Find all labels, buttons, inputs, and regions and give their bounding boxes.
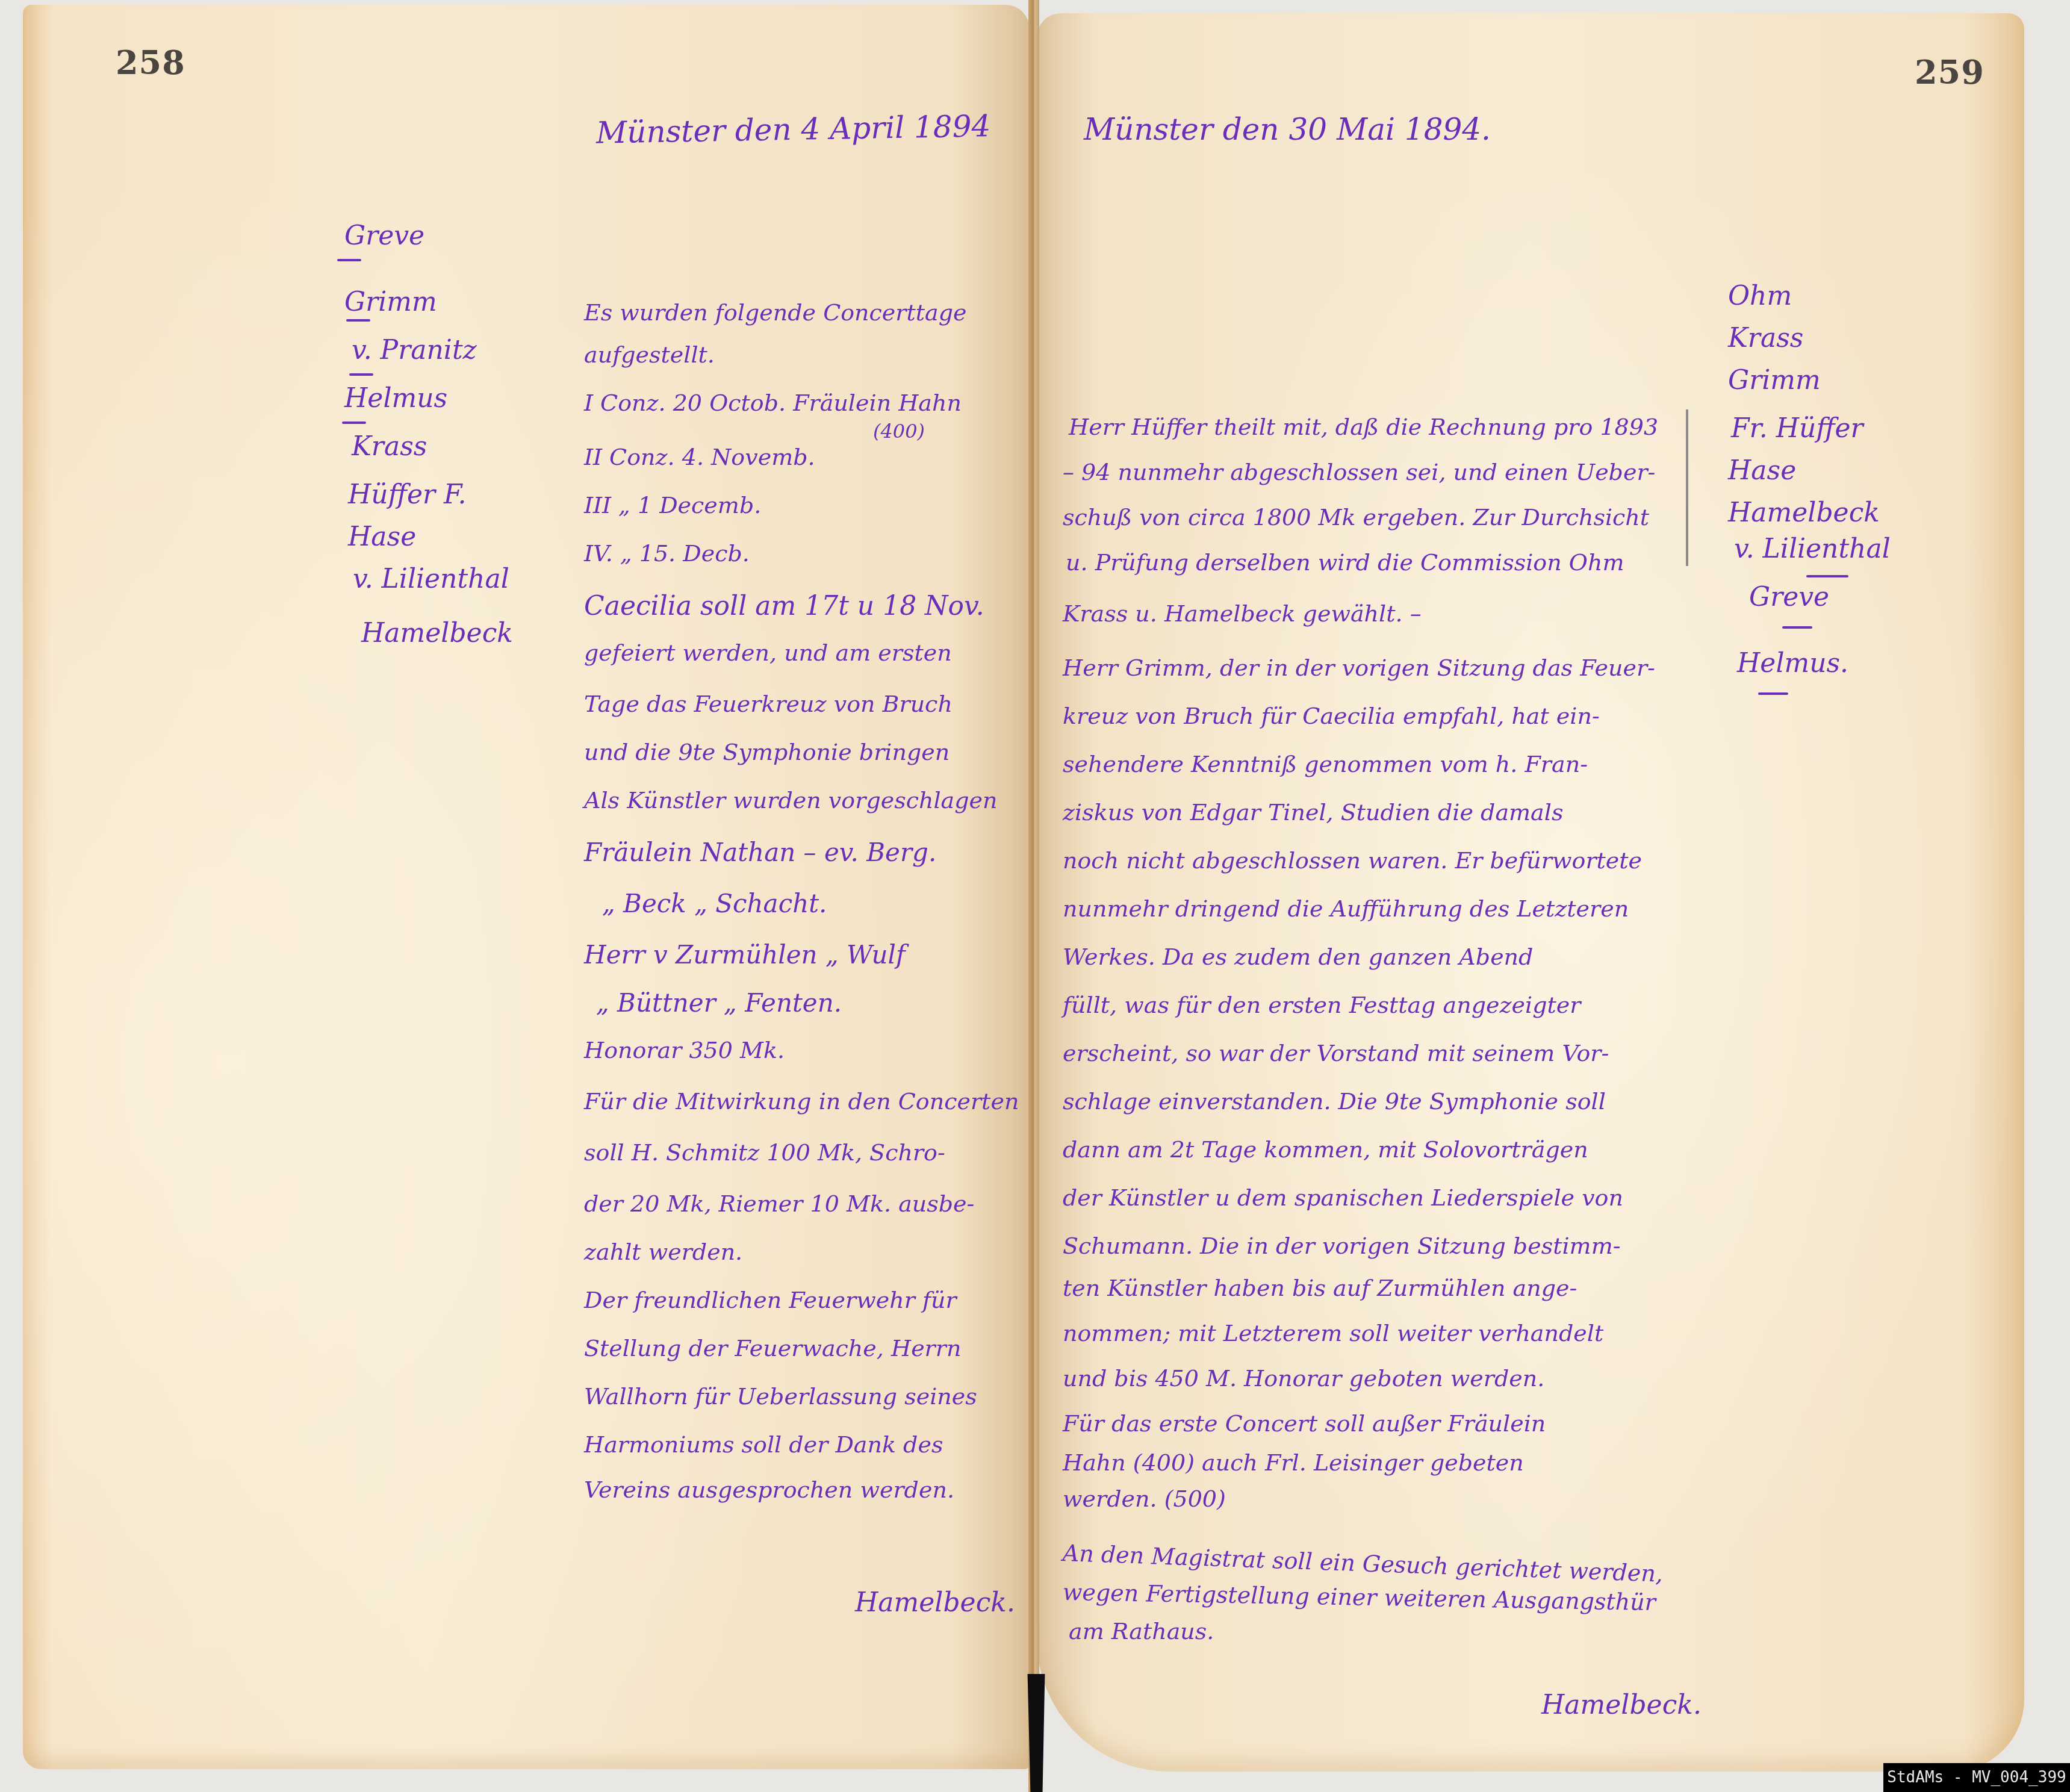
- body-line: II Conz. 4. Novemb.: [584, 446, 815, 468]
- body-line: soll H. Schmitz 100 Mk, Schro-: [584, 1141, 945, 1164]
- body-line: dann am 2t Tage kommen, mit Solovorträge…: [1063, 1138, 1588, 1161]
- body-line: Herr v Zurmühlen „ Wulf: [584, 942, 906, 968]
- body-line: zahlt werden.: [584, 1240, 742, 1263]
- body-line: der 20 Mk, Riemer 10 Mk. ausbe-: [584, 1192, 974, 1215]
- archive-stamp: StdAMs - MV_004_399: [1883, 1763, 2070, 1792]
- body-line: u. Prüfung derselben wird die Commission…: [1066, 551, 1624, 574]
- body-line: III „ 1 Decemb.: [584, 494, 761, 517]
- body-line: „ Büttner „ Fenten.: [596, 991, 842, 1016]
- body-line: Werkes. Da es zudem den ganzen Abend: [1063, 945, 1533, 968]
- body-line: Herr Hüffer theilt mit, daß die Rechnung…: [1069, 415, 1658, 438]
- body-line: nunmehr dringend die Aufführung des Letz…: [1063, 897, 1629, 920]
- attendee: Grimm: [1728, 367, 1821, 394]
- page-number-right: 259: [1915, 53, 1985, 92]
- left-signature: Hamelbeck.: [855, 1590, 1015, 1616]
- body-line: kreuz von Bruch für Caecilia empfahl, ha…: [1063, 705, 1600, 727]
- body-line: schlage einverstanden. Die 9te Symphonie…: [1063, 1090, 1606, 1113]
- body-line: „ Beck „ Schacht.: [602, 891, 827, 916]
- attendee: Ohm: [1728, 283, 1792, 310]
- body-line: nommen; mit Letzterem soll weiter verhan…: [1063, 1322, 1603, 1345]
- page-number-left: 258: [116, 43, 185, 82]
- left-date-line: Münster den 4 April 1894: [596, 111, 991, 148]
- attendee: Hüffer F.: [348, 482, 467, 508]
- attendee: v. Lilienthal: [353, 566, 509, 593]
- attendee: Fr. Hüffer: [1731, 415, 1863, 442]
- body-line: aufgestellt.: [584, 343, 715, 366]
- body-line: und die 9te Symphonie bringen: [584, 741, 950, 764]
- body-line: Wallhorn für Ueberlassung seines: [584, 1385, 977, 1408]
- attendee: Helmus.: [1737, 650, 1848, 677]
- tick-mark: [337, 259, 361, 261]
- attendee: v. Lilienthal: [1734, 536, 1891, 562]
- attendee: Grimm: [344, 289, 437, 316]
- body-line: Schumann. Die in der vorigen Sitzung bes…: [1063, 1234, 1621, 1257]
- body-line: der Künstler u dem spanischen Liederspie…: [1063, 1186, 1623, 1209]
- attendee: v. Pranitz: [352, 337, 477, 364]
- tick-mark: [342, 422, 366, 424]
- body-line: Hahn (400) auch Frl. Leisinger gebeten: [1063, 1451, 1524, 1474]
- body-line: (400): [873, 422, 925, 441]
- body-line: Vereins ausgesprochen werden.: [584, 1478, 954, 1501]
- body-line: gefeiert werden, und am ersten: [584, 641, 952, 664]
- body-line: und bis 450 M. Honorar geboten werden.: [1063, 1367, 1544, 1390]
- body-line: I Conz. 20 Octob. Fräulein Hahn: [584, 391, 962, 414]
- margin-pencil-line: [1686, 409, 1688, 566]
- body-line: Der freundlichen Feuerwehr für: [584, 1289, 957, 1311]
- body-line: Tage das Feuerkreuz von Bruch: [584, 692, 953, 715]
- body-line: werden. (500): [1063, 1487, 1226, 1510]
- body-line: ten Künstler haben bis auf Zurmühlen ang…: [1063, 1277, 1577, 1299]
- body-line: Für die Mitwirkung in den Concerten: [584, 1090, 1019, 1113]
- underline-mark: [1806, 575, 1848, 577]
- body-line: Für das erste Concert soll außer Fräulei…: [1063, 1412, 1546, 1435]
- tick-mark: [349, 373, 373, 376]
- body-line: erscheint, so war der Vorstand mit seine…: [1063, 1042, 1609, 1065]
- right-date-line: Münster den 30 Mai 1894.: [1084, 114, 1491, 145]
- body-line: Honorar 350 Mk.: [584, 1039, 785, 1062]
- body-line: Es wurden folgende Concerttage: [584, 301, 967, 324]
- body-line: – 94 nunmehr abgeschlossen sei, und eine…: [1063, 461, 1655, 484]
- right-signature: Hamelbeck.: [1541, 1692, 1702, 1719]
- attendee: Helmus: [344, 385, 447, 412]
- attendee: Greve: [1749, 584, 1829, 611]
- left-page: [23, 5, 1030, 1769]
- tick-mark: [1758, 692, 1788, 695]
- attendee: Hase: [1728, 458, 1796, 484]
- body-line: Stellung der Feuerwache, Herrn: [584, 1337, 961, 1360]
- attendee: Greve: [344, 223, 424, 249]
- tick-mark: [346, 319, 370, 322]
- attendee: Hamelbeck: [361, 620, 513, 647]
- body-line: Caecilia soll am 17t u 18 Nov.: [584, 593, 984, 620]
- attendee: Krass: [1728, 325, 1803, 352]
- body-line: schuß von circa 1800 Mk ergeben. Zur Dur…: [1063, 506, 1649, 529]
- body-line: IV. „ 15. Decb.: [584, 542, 750, 565]
- body-line: Fräulein Nathan – ev. Berg.: [584, 840, 936, 865]
- body-line: Herr Grimm, der in der vorigen Sitzung d…: [1063, 656, 1655, 679]
- tick-mark: [1782, 626, 1812, 629]
- attendee: Krass: [352, 434, 427, 460]
- body-line: am Rathaus.: [1069, 1620, 1214, 1643]
- body-line: Harmoniums soll der Dank des: [584, 1433, 943, 1456]
- body-line: füllt, was für den ersten Festtag angeze…: [1063, 994, 1580, 1016]
- book-gutter: [1028, 0, 1039, 1792]
- attendee: Hamelbeck: [1728, 500, 1880, 526]
- body-line: sehendere Kenntniß genommen vom h. Fran-: [1063, 753, 1588, 776]
- body-line: Krass u. Hamelbeck gewählt. –: [1063, 602, 1422, 625]
- body-line: noch nicht abgeschlossen waren. Er befür…: [1063, 849, 1642, 872]
- body-line: ziskus von Edgar Tinel, Studien die dama…: [1063, 801, 1563, 824]
- body-line: Als Künstler wurden vorgeschlagen: [584, 789, 998, 812]
- attendee: Hase: [348, 524, 416, 550]
